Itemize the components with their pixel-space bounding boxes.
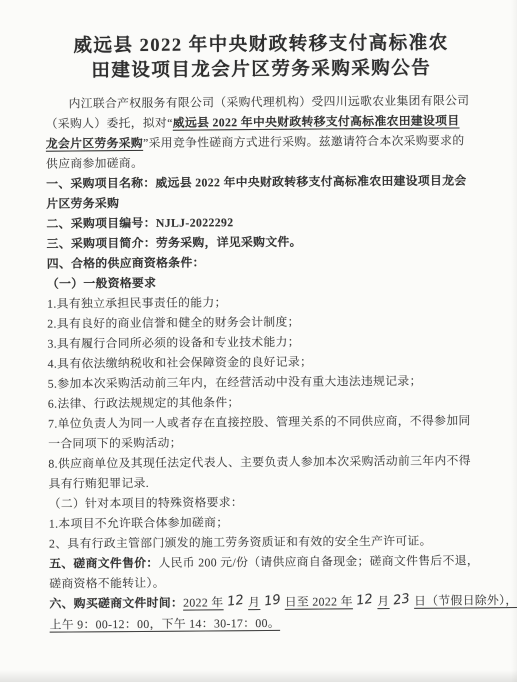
handwritten-day-2: 23	[392, 589, 411, 611]
scanned-document-page: 威远县 2022 年中央财政转移支付高标准农 田建设项目龙会片区劳务采购采购公告…	[0, 0, 517, 682]
section-6-label: 六、购买磋商文件时间：	[49, 596, 183, 611]
document-title-line-2: 田建设项目龙会片区劳务采购采购公告	[45, 56, 477, 84]
handwritten-month-1: 12	[226, 591, 245, 613]
office-hours-underlined: 上午 9：00-12：00，下午 14：30-17：00。	[50, 616, 280, 632]
intro-text: 供应商参加磋商。	[46, 156, 143, 171]
section-1-value: 威远县 2022 年中央财政转移支付高标准农田建设项目龙会	[155, 173, 466, 189]
purchase-time-underlined: 2022 年12月19日至 2022 年12月23日（节假日除外），	[183, 593, 517, 610]
section-2-label: 二、采购项目编号：	[46, 216, 155, 231]
project-name-underlined: 威远县 2022 年中央财政转移支付高标准农田建设项目	[173, 113, 460, 129]
document-title-line-1: 威远县 2022 年中央财政转移支付高标准农	[45, 31, 477, 59]
intro-text: （采购人）委托，拟对“	[46, 116, 173, 131]
section-3-value: 劳务采购，详见采购文件。	[156, 235, 302, 250]
general-item-8-line-1: 8.供应商单位及其现任法定代表人、主要负责人参加本次采购活动前三年内不得	[48, 450, 480, 473]
section-1-value: 片区劳务采购	[46, 196, 119, 211]
handwritten-month-2: 12	[355, 590, 374, 612]
project-name-underlined: 龙会片区劳务采购	[46, 136, 143, 151]
general-item-7-line-1: 7.单位负责人为同一人或者存在直接控股、管理关系的不同供应商，不得参加同	[48, 410, 480, 433]
section-3-label: 三、采购项目简介：	[47, 236, 156, 251]
document-content: 威远县 2022 年中央财政转移支付高标准农 田建设项目龙会片区劳务采购采购公告…	[45, 31, 482, 634]
section-5-document-price-line-1: 五、磋商文件售价：人民币 200 元/份（请供应商自备现金；磋商文件售后不退，	[49, 550, 481, 573]
section-5-value: 磋商资格不能转让）。	[49, 576, 165, 591]
general-item-5: 5.参加本次采购活动前三年内，在经营活动中没有重大违法违规记录；	[48, 370, 480, 393]
section-6-purchase-time-line-2: 上午 9：00-12：00，下午 14：30-17：00。	[50, 611, 482, 634]
section-1-label: 一、采购项目名称：	[46, 176, 155, 191]
section-5-label: 五、磋商文件售价：	[49, 556, 158, 571]
intro-text: 内江联合产权服务有限公司（采购代理机构）受四川远歌农业集团有限公司	[68, 93, 469, 110]
intro-text: ”采用竞争性磋商方式进行采购。兹邀请符合本次采购要求的	[143, 133, 465, 150]
section-5-value: 人民币 200 元/份（请供应商自备现金；磋商文件售后不退，	[158, 553, 479, 570]
document-title: 威远县 2022 年中央财政转移支付高标准农 田建设项目龙会片区劳务采购采购公告	[45, 31, 477, 84]
section-6-purchase-time-line-1: 六、购买磋商文件时间：2022 年12月19日至 2022 年12月23日（节假…	[49, 590, 481, 614]
project-number-value: NJLJ-2022292	[156, 215, 234, 230]
intro-line-3: 龙会片区劳务采购”采用竞争性磋商方式进行采购。兹邀请符合本次采购要求的	[46, 130, 478, 153]
handwritten-day-1: 19	[263, 590, 282, 612]
section-1-project-name-line-1: 一、采购项目名称：威远县 2022 年中央财政转移支付高标准农田建设项目龙会	[46, 170, 478, 193]
